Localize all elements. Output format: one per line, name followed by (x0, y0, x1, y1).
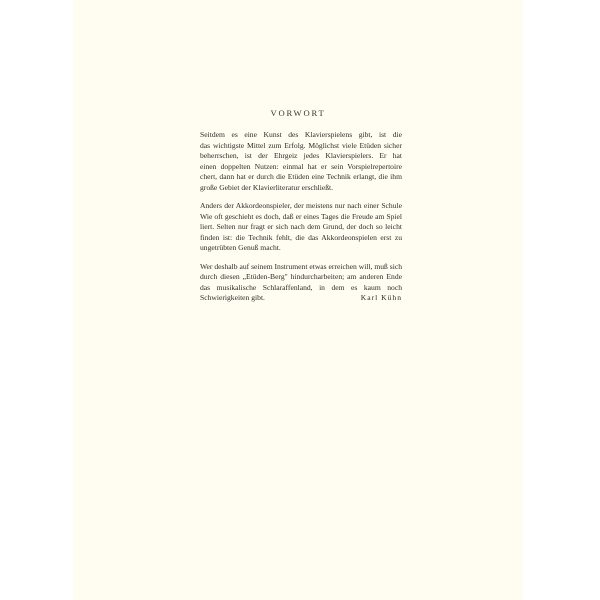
paragraph-1: Seitdem es eine Kunst des Klavierspielen… (200, 130, 402, 193)
text-line: ungetrübten Genuß macht. (200, 243, 402, 254)
text-line: Seitdem es eine Kunst des Klavierspielen… (200, 130, 402, 141)
text-line: Wie oft geschieht es doch, daß er eines … (200, 212, 402, 223)
page-heading: VORWORT (73, 108, 523, 118)
text-line: beherrschen, ist der Ehrgeiz jedes Klavi… (200, 151, 402, 162)
text-line: große Gebiet der Klavierliteratur erschl… (200, 183, 402, 194)
text-line: durch diesen „Etüden-Berg" hindurcharbei… (200, 272, 402, 283)
author-signature: Karl Kühn (200, 293, 402, 302)
text-line: chert, dann hat er durch die Etüden eine… (200, 172, 402, 183)
text-line: liert. Selten nur fragt er sich nach dem… (200, 222, 402, 233)
text-line: Wer deshalb auf seinem Instrument etwas … (200, 262, 402, 273)
paragraph-2: Anders der Akkordeonspieler, der meisten… (200, 201, 402, 254)
text-line: einen doppelten Nutzen: einmal hat er se… (200, 162, 402, 173)
document-page: VORWORT Seitdem es eine Kunst des Klavie… (73, 0, 523, 600)
foreword-body: Seitdem es eine Kunst des Klavierspielen… (200, 130, 402, 312)
text-line: finden ist: die Technik fehlt, die das A… (200, 233, 402, 244)
text-line: Anders der Akkordeonspieler, der meisten… (200, 201, 402, 212)
text-line: das wichtigste Mittel zum Erfolg. Möglic… (200, 141, 402, 152)
text-line: das musikalische Schlaraffenland, in dem… (200, 283, 402, 294)
